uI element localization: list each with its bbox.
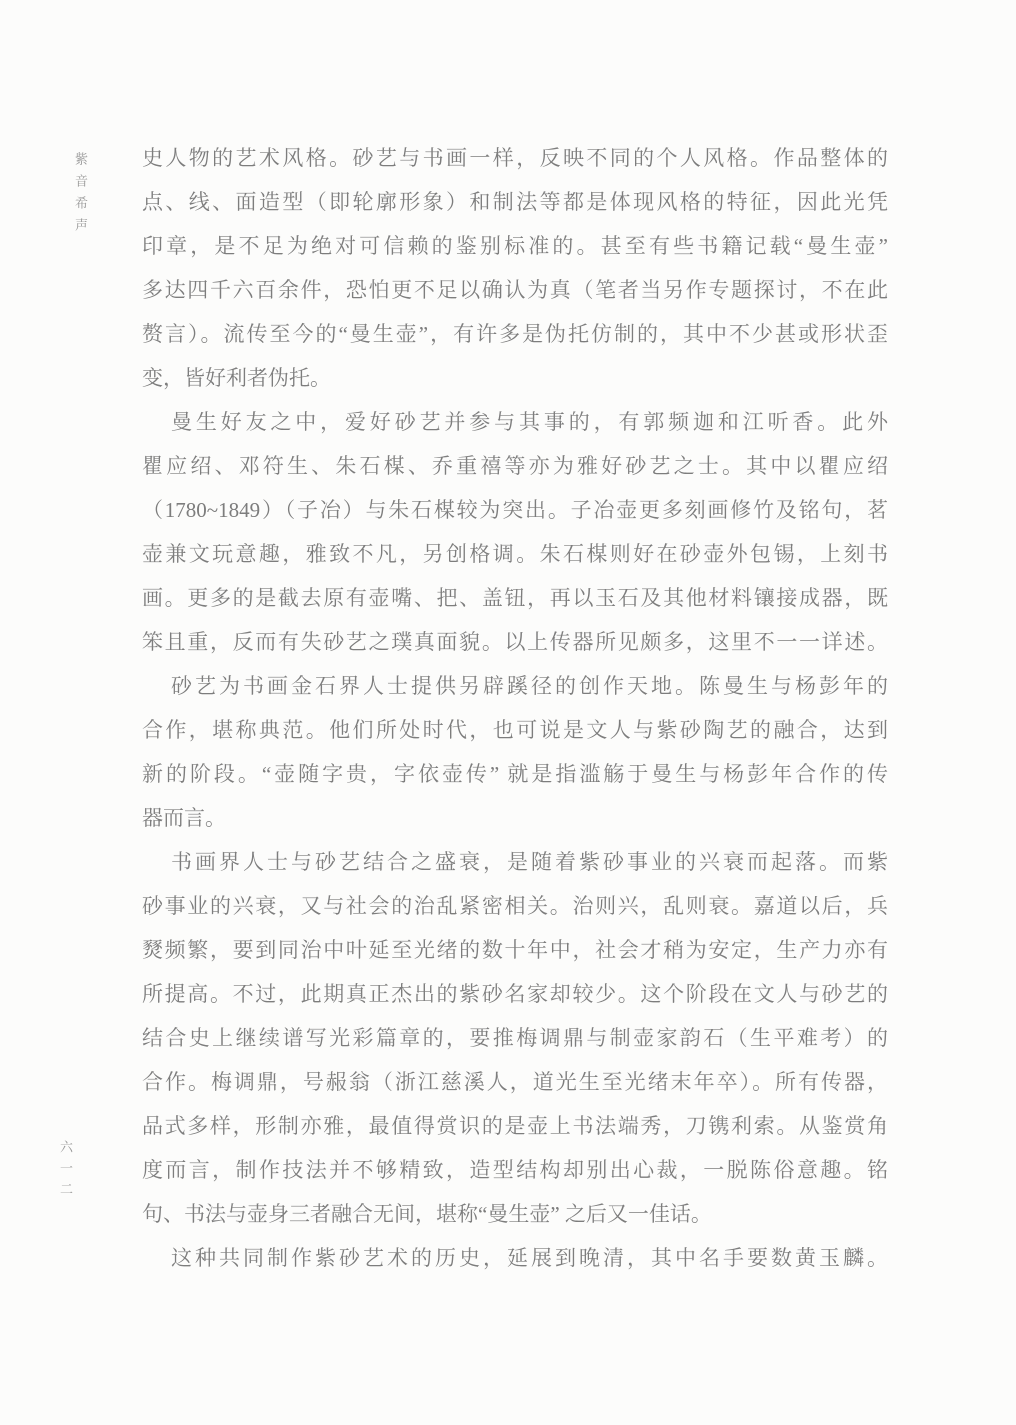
text-line: 结合史上继续谱写光彩篇章的，要推梅调鼎与制壶家韵石（生平难考）的 [142,1016,888,1060]
text-line: 曼生好友之中，爱好砂艺并参与其事的，有郭频迦和江听香。此外 [142,400,888,444]
text-line: 句、书法与壶身三者融合无间，堪称“曼生壶” 之后又一佳话。 [142,1192,888,1236]
text-line: 砂艺为书画金石界人士提供另辟蹊径的创作天地。陈曼生与杨彭年的 [142,664,888,708]
text-line: 瞿应绍、邓符生、朱石楳、乔重禧等亦为雅好砂艺之士。其中以瞿应绍 [142,444,888,488]
text-block: 史人物的艺术风格。砂艺与书画一样，反映不同的个人风格。作品整体的点、线、面造型（… [142,136,888,1280]
text-line: 合作。梅调鼎，号赧翁（浙江慈溪人，道光生至光绪末年卒）。所有传器， [142,1060,888,1104]
text-line: 赘言）。流传至今的“曼生壶”，有许多是伪托仿制的，其中不少甚或形状歪 [142,312,888,356]
text-line: 燹频繁，要到同治中叶延至光绪的数十年中，社会才稍为安定，生产力亦有 [142,928,888,972]
text-line: 变，皆好利者伪托。 [142,356,888,400]
text-line: 品式多样，形制亦雅，最值得赏识的是壶上书法端秀，刀镌利索。从鉴赏角 [142,1104,888,1148]
text-line: 壶兼文玩意趣，雅致不凡，另创格调。朱石楳则好在砂壶外包锡，上刻书 [142,532,888,576]
text-line: 笨且重，反而有失砂艺之璞真面貌。以上传器所见颇多，这里不一一详述。 [142,620,888,664]
book-page: 紫音希声 六一二 史人物的艺术风格。砂艺与书画一样，反映不同的个人风格。作品整体… [0,0,1016,1425]
text-line: 砂事业的兴衰，又与社会的治乱紧密相关。治则兴，乱则衰。嘉道以后，兵 [142,884,888,928]
text-line: 多达四千六百余件，恐怕更不足以确认为真（笔者当另作专题探讨，不在此 [142,268,888,312]
text-line: 这种共同制作紫砂艺术的历史，延展到晚清，其中名手要数黄玉麟。 [142,1236,888,1280]
margin-book-title: 紫音希声 [71,152,90,240]
text-line: 史人物的艺术风格。砂艺与书画一样，反映不同的个人风格。作品整体的 [142,136,888,180]
text-line: 合作，堪称典范。他们所处时代，也可说是文人与紫砂陶艺的融合，达到 [142,708,888,752]
text-line: 器而言。 [142,796,888,840]
text-line: 印章，是不足为绝对可信赖的鉴别标准的。甚至有些书籍记载“曼生壶” [142,224,888,268]
text-line: 画。更多的是截去原有壶嘴、把、盖钮，再以玉石及其他材料镶接成器，既 [142,576,888,620]
margin-page-number: 六一二 [56,1140,75,1203]
text-line: 点、线、面造型（即轮廓形象）和制法等都是体现风格的特征，因此光凭 [142,180,888,224]
text-line: 所提高。不过，此期真正杰出的紫砂名家却较少。这个阶段在文人与砂艺的 [142,972,888,1016]
text-line: （1780~1849）（子冶）与朱石楳较为突出。子冶壶更多刻画修竹及铭句，茗 [142,488,888,532]
text-line: 书画界人士与砂艺结合之盛衰，是随着紫砂事业的兴衰而起落。而紫 [142,840,888,884]
text-line: 新的阶段。“壶随字贵，字依壶传” 就是指滥觞于曼生与杨彭年合作的传 [142,752,888,796]
text-line: 度而言，制作技法并不够精致，造型结构却别出心裁，一脱陈俗意趣。铭 [142,1148,888,1192]
